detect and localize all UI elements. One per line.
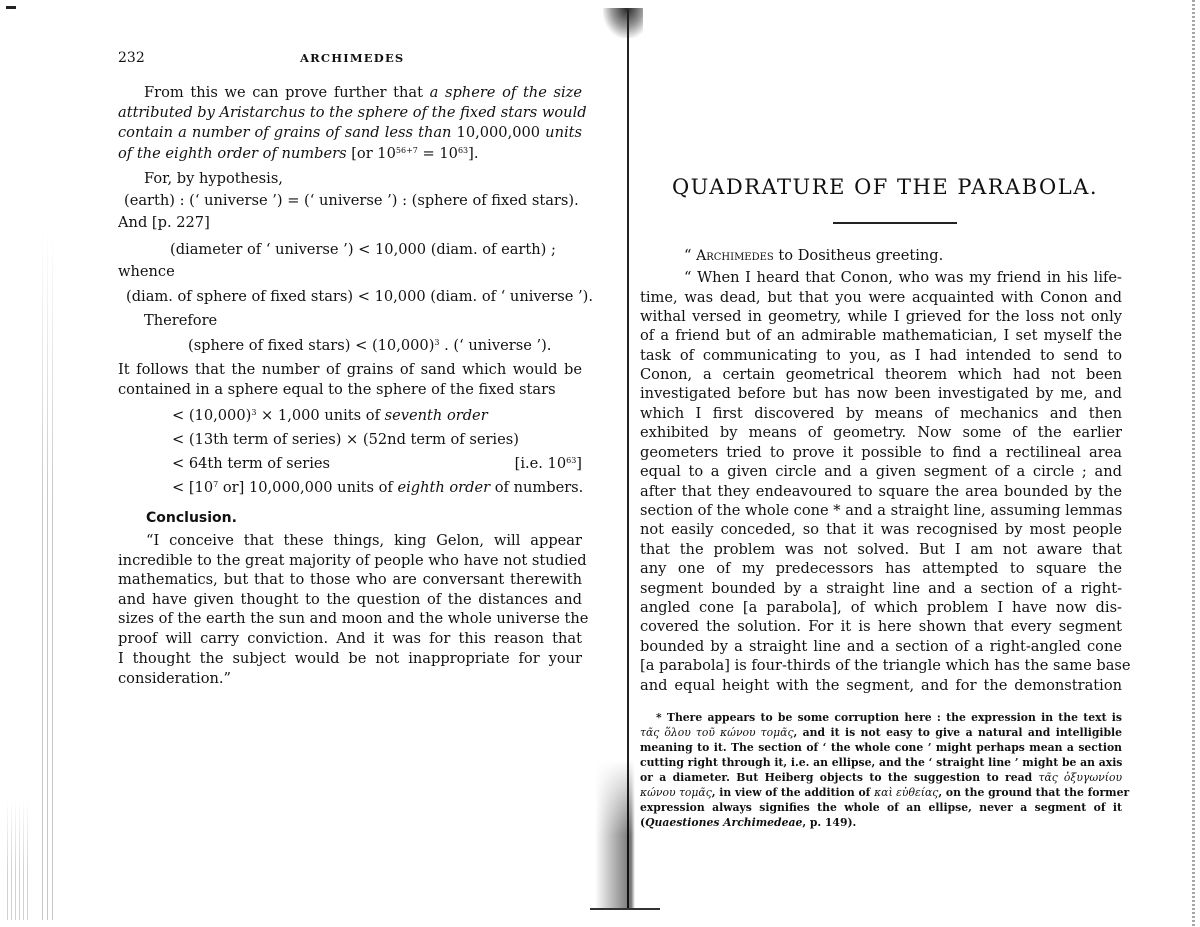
- equation-line: (earth) : (‘ universe ’) = (‘ universe ’…: [124, 192, 579, 210]
- text-line: mathematics, but that to those who are c…: [118, 571, 582, 589]
- section-heading: Conclusion.: [146, 509, 237, 527]
- scan-artifact: [6, 6, 16, 9]
- text-line: that the problem was not solved. But I a…: [640, 541, 1122, 559]
- equation-line: (sphere of fixed stars) < (10,000)3 . (‘…: [188, 337, 551, 355]
- footnote-line: expression always signifies the whole of…: [640, 801, 1122, 815]
- running-head-title: ARCHIMEDES: [300, 51, 404, 65]
- footnote-line: τᾶς ὅλου τοῦ κώνου τομᾶς, and it is not …: [640, 726, 1122, 740]
- text-line: bounded by a straight line and a section…: [640, 638, 1122, 656]
- text-line: Conon, a certain geometrical theorem whi…: [640, 366, 1122, 384]
- equation-line: (diam. of sphere of fixed stars) < 10,00…: [126, 288, 593, 306]
- footnote-line: κώνου τομᾶς, in view of the addition of …: [640, 786, 1122, 800]
- footnote-line: * There appears to be some corruption he…: [640, 711, 1122, 725]
- text-line: incredible to the great majority of peop…: [118, 552, 582, 570]
- text-line: task of communicating to you, as I had i…: [640, 347, 1122, 365]
- text-line: withal versed in geometry, while I griev…: [640, 308, 1122, 326]
- text-line: equal to a given circle and a given segm…: [640, 463, 1122, 481]
- equation-line: < (13th term of series) × (52nd term of …: [172, 431, 519, 449]
- text-line: after that they endeavoured to square th…: [640, 483, 1122, 501]
- page-edge: [1192, 0, 1195, 927]
- text-line: and equal height with the segment, and f…: [640, 677, 1122, 695]
- spine-foot: [590, 908, 660, 910]
- footnote-line: cutting right through it, i.e. an ellips…: [640, 756, 1122, 770]
- text-line: investigated before but has now been inv…: [640, 385, 1122, 403]
- footnote-line: (Quaestiones Archimedeae, p. 149).: [640, 816, 1122, 830]
- spine-shadow: [595, 760, 635, 910]
- text-line: consideration.”: [118, 670, 582, 688]
- text-line: [a parabola] is four-thirds of the trian…: [640, 657, 1122, 675]
- text-line: From this we can prove further that a sp…: [118, 84, 582, 102]
- text-line: proof will carry conviction. And it was …: [118, 630, 582, 648]
- spine-shadow: [603, 8, 643, 38]
- text-line: contain a number of grains of sand less …: [118, 124, 582, 142]
- text-line: Therefore: [144, 312, 217, 330]
- text-line: I thought the subject would be not inapp…: [118, 650, 582, 668]
- text-line: of a friend but of an admirable mathemat…: [640, 327, 1122, 345]
- text-line: any one of my predecessors has attempted…: [640, 560, 1122, 578]
- text-line: For, by hypothesis,: [144, 170, 283, 188]
- text-line: segment bounded by a straight line and a…: [640, 580, 1122, 598]
- running-head: 232 ARCHIMEDES: [118, 50, 582, 68]
- title-rule: [833, 222, 957, 224]
- page-number: 232: [118, 50, 145, 66]
- text-line: covered the solution. For it is here sho…: [640, 618, 1122, 636]
- text-line: exhibited by means of geometry. Now some…: [640, 424, 1122, 442]
- text-line: And [p. 227]: [118, 214, 210, 232]
- equation-line: (diameter of ‘ universe ’) < 10,000 (dia…: [170, 241, 556, 259]
- footnote-line: or a diameter. But Heiberg objects to th…: [640, 771, 1122, 785]
- text-line: “ When I heard that Conon, who was my fr…: [640, 269, 1122, 287]
- text-line: not easily conceded, so that it was reco…: [640, 521, 1122, 539]
- text-line: of the eighth order of numbers [or 1056+…: [118, 145, 582, 163]
- equation-line: < [107 or] 10,000,000 units of eighth or…: [172, 479, 583, 497]
- text-line: and have given thought to the question o…: [118, 591, 582, 609]
- text-line: contained in a sphere equal to the spher…: [118, 381, 556, 399]
- text-line: “I conceive that these things, king Gelo…: [118, 532, 582, 550]
- text-line: attributed by Aristarchus to the sphere …: [118, 104, 582, 122]
- footnote-line: meaning to it. The section of ‘ the whol…: [640, 741, 1122, 755]
- greeting-line: “ Archimedes to Dositheus greeting.: [684, 247, 943, 265]
- page-edge-shadow: [40, 230, 54, 920]
- text-line: It follows that the number of grains of …: [118, 361, 582, 379]
- text-line: which I first discovered by means of mec…: [640, 405, 1122, 423]
- equation-line: < (10,000)3 × 1,000 units of seventh ord…: [172, 407, 488, 425]
- text-line: section of the whole cone * and a straig…: [640, 502, 1122, 520]
- chapter-title: QUADRATURE OF THE PARABOLA.: [648, 175, 1122, 199]
- book-spread: 232 ARCHIMEDES From this we can prove fu…: [0, 0, 1200, 927]
- equation-line: < 64th term of series[i.e. 1063]: [172, 455, 582, 473]
- text-line: whence: [118, 263, 175, 281]
- margin-note: [i.e. 1063]: [515, 455, 582, 473]
- text-line: time, was dead, but that you were acquai…: [640, 289, 1122, 307]
- text-line: angled cone [a parabola], of which probl…: [640, 599, 1122, 617]
- text-line: sizes of the earth the sun and moon and …: [118, 610, 582, 628]
- text-line: geometers tried to prove it possible to …: [640, 444, 1122, 462]
- page-edge-shadow: [4, 800, 30, 920]
